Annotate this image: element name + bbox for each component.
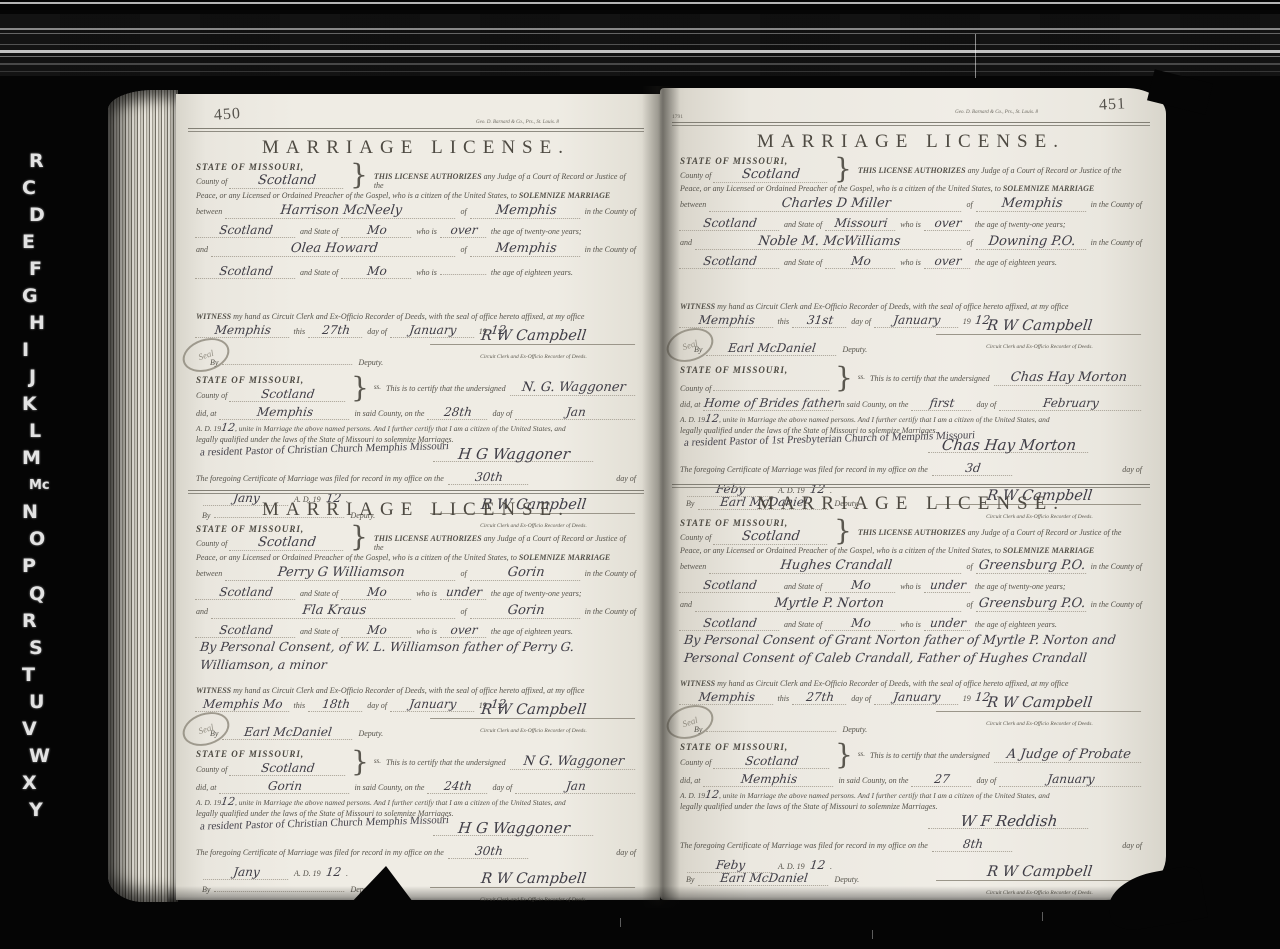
who-is-label: who is: [900, 582, 921, 591]
film-streak: [0, 2, 1280, 4]
bride-line: and Olea Howard of Memphis in the County…: [196, 242, 636, 257]
age18-label: the age of eighteen years.: [491, 627, 573, 636]
cert-county-field: Scotland: [229, 387, 346, 402]
form-title: MARRIAGE LICENSE.: [196, 137, 636, 159]
groom-line2: Scotland and State of Mo who is under th…: [680, 578, 1142, 593]
deputy-label: Deputy.: [842, 725, 867, 734]
unite-label: , unite in Marriage the above named pers…: [235, 798, 566, 807]
of-label: of: [460, 607, 466, 616]
of-label: of: [460, 207, 466, 216]
officiant-signature: W F Reddish: [929, 814, 1091, 829]
tab-letter: S: [29, 639, 62, 658]
witness-deputy-signature: Earl McDaniel: [707, 341, 839, 356]
groom-name-field: Harrison McNeely: [225, 204, 457, 219]
ad-label: A. D. 19: [680, 791, 705, 800]
brace-glyph: }: [835, 742, 853, 768]
authorizes-bold: THIS LICENSE AUTHORIZES: [374, 534, 482, 543]
bride-county-field: Scotland: [679, 616, 781, 631]
in-county-label: in the County of: [1091, 600, 1142, 609]
authorizes-bold: THIS LICENSE AUTHORIZES: [858, 166, 966, 175]
ad-label: A. D. 19: [680, 415, 705, 424]
tab-letter: J: [29, 368, 62, 387]
tab-letter: F: [29, 260, 62, 279]
tab-letter: L: [29, 422, 62, 441]
filed-year-field: 12: [809, 858, 826, 872]
brace-glyph: }: [351, 375, 369, 401]
tab-letter: E: [22, 233, 62, 252]
bride-age-field: [440, 261, 488, 275]
marriage-license-form: MARRIAGE LICENSE. STATE OF MISSOURI, Cou…: [196, 490, 636, 906]
film-streaks: [0, 0, 1280, 90]
form-title: MARRIAGE LICENSE.: [680, 131, 1142, 153]
legally-qualified-line: legally qualified under the laws of the …: [680, 802, 1142, 811]
state-heading: STATE OF MISSOURI,: [196, 375, 346, 385]
bottom-edge-shadow: [168, 886, 1172, 910]
certify-label: This is to certify that the undersigned: [870, 374, 990, 383]
bride-county-field: Scotland: [195, 623, 297, 638]
did-at-label: did, at: [196, 409, 216, 418]
in-county-label: in the County of: [1091, 562, 1142, 571]
marriage-place-field: Gorin: [220, 779, 352, 794]
witness-rest: my hand as Circuit Clerk and Ex-Officio …: [231, 686, 584, 695]
tab-letter: O: [29, 530, 62, 549]
right-page: 1791 Geo. D. Barnard & Co., Prs., St. Lo…: [660, 88, 1166, 900]
ad-label: A. D. 19: [196, 798, 221, 807]
printer-mark: Geo. D. Barnard & Co., Prs., St. Louis. …: [476, 120, 559, 125]
ss-label: ss.: [858, 365, 865, 381]
film-streak: [0, 71, 1280, 72]
witness-deputy-signature: [223, 351, 355, 365]
brace-glyph: }: [350, 524, 368, 550]
bride-place-field: Gorin: [470, 604, 582, 619]
did-at-label: did, at: [196, 783, 216, 792]
filed-deputy-signature: Earl McDaniel: [699, 871, 831, 886]
bride-name-field: Fla Kraus: [211, 604, 457, 619]
day-of-label: day of: [976, 776, 996, 785]
groom-place-field: Gorin: [470, 566, 582, 581]
groom-county-field: Scotland: [195, 223, 297, 238]
witness-bold: WITNESS: [680, 679, 715, 688]
witness-rest: my hand as Circuit Clerk and Ex-Officio …: [715, 302, 1068, 311]
day-of-label: day of: [1122, 841, 1142, 850]
authorizes-line2: Peace, or any Licensed or Ordained Preac…: [196, 553, 636, 562]
authorizes2-bold: SOLEMNIZE MARRIAGE: [1003, 546, 1094, 555]
marriage-month-field: February: [999, 396, 1143, 411]
spacer: [680, 290, 1142, 300]
marriage-license-form: MARRIAGE LICENSE. STATE OF MISSOURI, Cou…: [196, 128, 636, 532]
groom-place-field: Memphis: [470, 204, 582, 219]
state-heading: STATE OF MISSOURI,: [680, 365, 830, 375]
county-field: Scotland: [229, 174, 344, 189]
groom-county-field: Scotland: [679, 578, 781, 593]
license-slot: MARRIAGE LICENSE. STATE OF MISSOURI, Cou…: [680, 484, 1142, 899]
groom-name-field: Charles D Miller: [709, 197, 963, 212]
tab-letter: M: [22, 449, 62, 468]
tab-letter: Q: [29, 585, 62, 604]
cert-county-field: Scotland: [713, 754, 830, 769]
witness-place-field: Memphis: [679, 313, 774, 328]
certify-label: This is to certify that the undersigned: [386, 758, 506, 767]
witness-deputy-signature: [707, 718, 839, 732]
county-of-label: County of: [196, 391, 227, 400]
certificate-block: STATE OF MISSOURI, County of } ss. This …: [680, 365, 1142, 455]
clerk-signature-block: R W Campbell Circuit Clerk and Ex-Offici…: [431, 703, 636, 737]
day-of-label: day of: [367, 701, 387, 710]
form-number: 1791: [672, 114, 683, 120]
bride-age-field: over: [440, 623, 488, 638]
certify-label: This is to certify that the undersigned: [870, 751, 990, 760]
groom-line2: Scotland and State of Mo who is under th…: [196, 585, 636, 600]
tab-letter: G: [22, 287, 62, 306]
day-of-label: day of: [367, 327, 387, 336]
did-at-label: did, at: [680, 400, 700, 409]
in-county-label: in the County of: [1091, 200, 1142, 209]
between-label: between: [196, 569, 222, 578]
this-label: this: [294, 701, 306, 710]
bride-line2: Scotland and State of Mo who is over the…: [196, 623, 636, 638]
tab-letter: Mc: [29, 476, 62, 495]
and-label: and: [196, 607, 208, 616]
witness-rest: my hand as Circuit Clerk and Ex-Officio …: [231, 312, 584, 321]
filed-day-field: 8th: [932, 837, 1014, 852]
marriage-day-field: 28th: [428, 405, 490, 420]
witness-place-field: Memphis: [195, 323, 290, 338]
clerk-title: Circuit Clerk and Ex-Officio Recorder of…: [480, 728, 587, 734]
consent-note-line2: Personal Consent of Caleb Crandall, Fath…: [679, 651, 1088, 666]
authorizes2-rest: Peace, or any Licensed or Ordained Preac…: [196, 553, 519, 562]
marriage-month-field: January: [999, 772, 1143, 787]
groom-state-field: Missouri: [825, 216, 897, 231]
in-county-label: in the County of: [585, 607, 636, 616]
consent-note-line1: [195, 280, 201, 295]
film-streak: [0, 44, 1280, 45]
witness-day-field: 27th: [308, 323, 364, 338]
county-of-label: County of: [196, 539, 227, 548]
and-state-label: and State of: [300, 268, 338, 277]
state-heading: STATE OF MISSOURI,: [680, 518, 828, 528]
clerk-signature-block: R W Campbell Circuit Clerk and Ex-Offici…: [431, 329, 636, 363]
officiant-signature: Chas Hay Morton: [929, 438, 1091, 453]
film-streak: [0, 56, 1280, 57]
witness-paragraph: WITNESS my hand as Circuit Clerk and Ex-…: [680, 679, 1142, 688]
said-county-label: in said County, on the: [354, 409, 424, 418]
witness-place-field: Memphis: [679, 690, 774, 705]
county-of-label: County of: [680, 384, 711, 393]
tab-letter: R: [29, 152, 62, 171]
said-county-label: in said County, on the: [838, 776, 908, 785]
groom-line: between Hughes Crandall of Greensburg P.…: [680, 559, 1142, 574]
this-label: this: [778, 694, 790, 703]
license-slot: MARRIAGE LICENSE. STATE OF MISSOURI, Cou…: [680, 122, 1142, 523]
groom-age-field: over: [440, 223, 488, 238]
ad-unite-line: A. D. 1912, unite in Marriage the above …: [196, 797, 636, 807]
tab-letter: N: [22, 503, 62, 522]
foregoing-label: The foregoing Certificate of Marriage wa…: [196, 848, 444, 857]
deputy-label: Deputy.: [358, 358, 383, 367]
groom-line2: Scotland and State of Mo who is over the…: [196, 223, 636, 238]
filed-day-field: 3d: [932, 461, 1014, 476]
officiant-signature: H G Waggoner: [433, 447, 595, 462]
of-label: of: [966, 238, 972, 247]
county-field: Scotland: [713, 168, 828, 183]
bride-line: and Fla Kraus of Gorin in the County of: [196, 604, 636, 619]
certificate-block: STATE OF MISSOURI, County of Scotland } …: [680, 742, 1142, 831]
state-heading: STATE OF MISSOURI,: [196, 749, 346, 759]
ad-unite-line: A. D. 1912, unite in Marriage the above …: [680, 790, 1142, 800]
officiant-field: N G. Waggoner: [510, 755, 637, 770]
tab-letter: T: [22, 666, 62, 685]
by-label: By: [694, 725, 702, 734]
filed-day-field: 30th: [448, 470, 530, 485]
authorizes-line2: Peace, or any Licensed or Ordained Preac…: [680, 184, 1142, 193]
clerk-title: Circuit Clerk and Ex-Officio Recorder of…: [986, 344, 1093, 350]
witness-block: Memphis Mo this 18th day of January 1912…: [196, 697, 636, 747]
ss-label: ss.: [858, 742, 865, 758]
authorizes2-bold: SOLEMNIZE MARRIAGE: [519, 553, 610, 562]
film-scratch: [975, 34, 976, 78]
groom-place-field: Greensburg P.O.: [976, 559, 1088, 574]
brace-glyph: }: [834, 156, 852, 182]
authorizes-text: THIS LICENSE AUTHORIZES any Judge of a C…: [374, 524, 636, 552]
and-state-label: and State of: [784, 220, 822, 229]
certificate-block: STATE OF MISSOURI, County of Scotland } …: [196, 749, 636, 838]
filed-day-field: 30th: [448, 844, 530, 859]
clerk-signature-block: R W Campbell Circuit Clerk and Ex-Offici…: [937, 696, 1142, 730]
cert-county-field: [713, 377, 830, 391]
and-state-label: and State of: [784, 620, 822, 629]
of-label: of: [966, 600, 972, 609]
and-state-label: and State of: [300, 227, 338, 236]
county-of-label: County of: [196, 765, 227, 774]
spacer: [196, 300, 636, 310]
groom-line: between Charles D Miller of Memphis in t…: [680, 197, 1142, 212]
witness-day-field: 18th: [308, 697, 364, 712]
marriage-license-form: MARRIAGE LICENSE. STATE OF MISSOURI, Cou…: [680, 484, 1142, 899]
bride-place-field: Memphis: [470, 242, 582, 257]
county-of-label: County of: [680, 171, 711, 180]
spacer: [680, 667, 1142, 677]
clerk-signature-block: R W Campbell Circuit Clerk and Ex-Offici…: [937, 319, 1142, 353]
day-of-label: day of: [851, 317, 871, 326]
marriage-license-form: MARRIAGE LICENSE. STATE OF MISSOURI, Cou…: [680, 122, 1142, 523]
authorizes-rest: any Judge of a Court of Record or Justic…: [966, 166, 1122, 175]
tab-letter: I: [22, 341, 62, 360]
microfilm-scan: { "film": { "tabs": ["R","C","D","E","F"…: [0, 0, 1280, 949]
left-page: 450 Geo. D. Barnard & Co., Prs., St. Lou…: [176, 94, 660, 900]
witness-bold: WITNESS: [196, 686, 231, 695]
groom-state-field: Mo: [341, 585, 413, 600]
ad-unite-line: A. D. 1912, unite in Marriage the above …: [196, 423, 636, 433]
film-streak: [0, 14, 1280, 76]
ad-label: A. D. 19: [778, 862, 805, 871]
tab-letter: V: [22, 720, 62, 739]
marriage-day-field: 24th: [428, 779, 490, 794]
who-is-label: who is: [416, 268, 437, 277]
marriage-place-field: Memphis: [704, 772, 836, 787]
filed-year-field: 12: [325, 865, 342, 879]
unite-label: , unite in Marriage the above named pers…: [235, 424, 566, 433]
marriage-month-field: Jan: [515, 779, 637, 794]
officiant-field: N. G. Waggoner: [510, 381, 637, 396]
and-label: and: [680, 238, 692, 247]
who-is-label: who is: [416, 227, 437, 236]
cert-county-field: Scotland: [229, 761, 346, 776]
witness-bold: WITNESS: [196, 312, 231, 321]
day-of-label: day of: [492, 409, 512, 418]
tab-letter: U: [29, 693, 62, 712]
film-streak: [0, 33, 1280, 34]
ss-label: ss.: [374, 375, 381, 391]
tab-letter: D: [29, 206, 62, 225]
witness-block: Memphis this 31st day of January 1912 Se…: [680, 313, 1142, 363]
by-label: By: [686, 875, 694, 884]
groom-state-field: Mo: [341, 223, 413, 238]
printer-mark: Geo. D. Barnard & Co., Prs., St. Louis. …: [955, 110, 1038, 115]
witness-paragraph: WITNESS my hand as Circuit Clerk and Ex-…: [196, 686, 636, 695]
bride-name-field: Myrtle P. Norton: [695, 597, 963, 612]
witness-rest: my hand as Circuit Clerk and Ex-Officio …: [715, 679, 1068, 688]
marriage-place-field: Memphis: [220, 405, 352, 420]
form-top-rule: [672, 484, 1150, 488]
bride-line: and Myrtle P. Norton of Greensburg P.O. …: [680, 597, 1142, 612]
ss-label: ss.: [374, 749, 381, 765]
authorizes-rest: any Judge of a Court of Record or Justic…: [966, 528, 1122, 537]
consent-note-line2: [203, 280, 209, 295]
bride-age-field: under: [924, 616, 972, 631]
bride-name-field: Noble M. McWilliams: [695, 235, 963, 250]
county-of-label: County of: [680, 758, 711, 767]
in-county-label: in the County of: [585, 207, 636, 216]
by-label: By: [210, 358, 218, 367]
certificate-block: STATE OF MISSOURI, County of Scotland } …: [196, 375, 636, 464]
in-county-label: in the County of: [585, 245, 636, 254]
and-state-label: and State of: [784, 258, 822, 267]
by-label: By: [694, 345, 702, 354]
in-county-label: in the County of: [1091, 238, 1142, 247]
bride-name-field: Olea Howard: [211, 242, 457, 257]
bride-age-field: over: [924, 254, 972, 269]
ad-label: A. D. 19: [294, 869, 321, 878]
brace-glyph: }: [834, 518, 852, 544]
this-label: this: [778, 317, 790, 326]
this-label: this: [294, 327, 306, 336]
tab-letter: H: [29, 314, 62, 333]
marriage-place-field: Home of Brides father: [704, 396, 836, 411]
witness-block: Memphis this 27th day of January 1912 Se…: [680, 690, 1142, 740]
who-is-label: who is: [900, 258, 921, 267]
bride-state-field: Mo: [825, 616, 897, 631]
film-speck: [1042, 912, 1043, 921]
foregoing-label: The foregoing Certificate of Marriage wa…: [196, 474, 444, 483]
officiant-field: A Judge of Probate: [994, 748, 1143, 763]
marriage-year-field: 12: [704, 414, 719, 424]
tab-letter: R: [22, 612, 62, 631]
county-field: Scotland: [713, 530, 828, 545]
bride-line2: Scotland and State of Mo who is under th…: [680, 616, 1142, 631]
by-label: By: [210, 729, 218, 738]
deputy-label: Deputy.: [834, 875, 859, 884]
age18-label: the age of eighteen years.: [491, 268, 573, 277]
film-streak: [0, 50, 1280, 53]
period: .: [830, 862, 832, 871]
form-header: STATE OF MISSOURI, County of Scotland } …: [680, 156, 1142, 183]
foregoing-label: The foregoing Certificate of Marriage wa…: [680, 465, 928, 474]
bride-place-field: Greensburg P.O.: [976, 597, 1088, 612]
form-title: MARRIAGE LICENSE.: [680, 493, 1142, 515]
witness-day-field: 27th: [792, 690, 848, 705]
who-is-label: who is: [900, 620, 921, 629]
authorizes-text: THIS LICENSE AUTHORIZES any Judge of a C…: [858, 156, 1122, 175]
county-of-label: County of: [196, 177, 227, 186]
film-streak: [0, 28, 1280, 30]
day-of-label: day of: [1122, 465, 1142, 474]
said-county-label: in said County, on the: [838, 400, 908, 409]
authorizes-line2: Peace, or any Licensed or Ordained Preac…: [680, 546, 1142, 555]
tab-letter: C: [22, 179, 62, 198]
page-stack-edge: [108, 90, 178, 902]
groom-age-field: over: [924, 216, 972, 231]
page-number: 451: [1099, 95, 1127, 114]
authorizes2-bold: SOLEMNIZE MARRIAGE: [519, 191, 610, 200]
form-header: STATE OF MISSOURI, County of Scotland } …: [196, 162, 636, 190]
of-label: of: [460, 245, 466, 254]
tab-letter: Y: [29, 801, 62, 820]
clerk-signature: R W Campbell: [936, 696, 1143, 712]
marriage-year-field: 12: [220, 797, 235, 807]
tab-letter: X: [22, 774, 62, 793]
marriage-month-field: Jan: [515, 405, 637, 420]
county-field: Scotland: [229, 536, 344, 551]
authorizes2-bold: SOLEMNIZE MARRIAGE: [1003, 184, 1094, 193]
did-at-label: did, at: [680, 776, 700, 785]
bride-county-field: Scotland: [679, 254, 781, 269]
consent-note-line1: By Personal Consent of Grant Norton fath…: [679, 633, 1116, 648]
between-label: between: [680, 562, 706, 571]
form-top-rule: [188, 490, 644, 494]
bride-state-field: Mo: [341, 623, 413, 638]
who-is-label: who is: [416, 627, 437, 636]
form-top-rule: [672, 122, 1150, 126]
age18-label: the age of eighteen years.: [975, 258, 1057, 267]
tab-letter: W: [29, 747, 62, 766]
form-title: MARRIAGE LICENSE.: [196, 499, 636, 521]
bride-county-field: Scotland: [195, 264, 297, 279]
bride-state-field: Mo: [341, 264, 413, 279]
marriage-day-field: 27: [912, 772, 974, 787]
authorizes-bold: THIS LICENSE AUTHORIZES: [374, 172, 482, 181]
bride-line2: Scotland and State of Mo who is over the…: [680, 254, 1142, 269]
between-label: between: [196, 207, 222, 216]
and-state-label: and State of: [784, 582, 822, 591]
age21-label: the age of twenty-one years;: [491, 227, 582, 236]
groom-county-field: Scotland: [679, 216, 781, 231]
unite-label: , unite in Marriage the above named pers…: [719, 791, 1050, 800]
form-header: STATE OF MISSOURI, County of Scotland } …: [196, 524, 636, 552]
groom-age-field: under: [440, 585, 488, 600]
groom-place-field: Memphis: [976, 197, 1088, 212]
state-heading: STATE OF MISSOURI,: [680, 156, 828, 166]
groom-line2: Scotland and State of Missouri who is ov…: [680, 216, 1142, 231]
page-number: 450: [213, 105, 241, 125]
groom-county-field: Scotland: [195, 585, 297, 600]
officiant-field: Chas Hay Morton: [994, 371, 1143, 386]
clerk-signature: R W Campbell: [936, 319, 1143, 335]
of-label: of: [966, 562, 972, 571]
groom-line: between Perry G Williamson of Gorin in t…: [196, 566, 636, 581]
and-label: and: [196, 245, 208, 254]
authorizes2-rest: Peace, or any Licensed or Ordained Preac…: [680, 546, 1003, 555]
brace-glyph: }: [351, 749, 369, 775]
